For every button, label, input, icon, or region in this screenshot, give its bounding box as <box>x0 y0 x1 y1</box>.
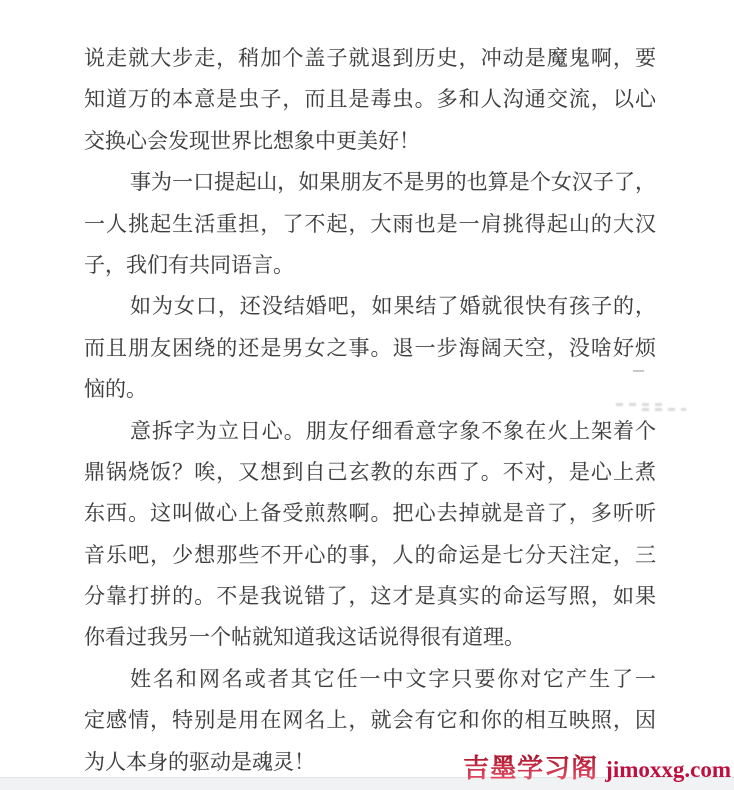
text-line: 事为一口提起山，如果朋友不是男的也算是个女汉子了， <box>84 162 656 203</box>
watermark-site-url: jimoxxg.com <box>605 757 731 783</box>
text-line: 分靠打拼的。不是我说错了，这才是真实的命运写照，如果 <box>84 576 656 617</box>
smudge-mark <box>616 403 662 406</box>
faint-watermark-smudge <box>612 402 688 413</box>
text-line: 音乐吧，少想那些不开心的事，人的命运是七分天注定，三 <box>84 535 656 576</box>
text-line: 而且朋友困绕的还是男女之事。退一步海阔天空，没啥好烦 <box>84 328 656 369</box>
text-line: 定感情，特别是用在网名上，就会有它和你的相互映照，因 <box>84 700 656 741</box>
text-line: 你看过我另一个帖就知道我这话说得很有道理。 <box>84 617 656 658</box>
scan-artifact-dash <box>633 370 644 372</box>
watermark-site-name: 吉墨学习阁 <box>463 748 598 785</box>
text-line: 鼎锅烧饭？唉，又想到自己玄教的东西了。不对，是心上煮 <box>84 452 656 493</box>
text-line: 姓名和网名或者其它任一中文字只要你对它产生了一 <box>84 659 656 700</box>
text-line: 子，我们有共同语言。 <box>84 245 656 286</box>
text-line: 如为女口，还没结婚吧，如果结了婚就很快有孩子的， <box>84 286 656 327</box>
text-line: 东西。这叫做心上备受煎熬啊。把心去掉就是音了，多听听 <box>84 493 656 534</box>
body-text: 说走就大步走，稍加个盖子就退到历史，冲动是魔鬼啊，要 知道万的本意是虫子，而且是… <box>84 38 656 783</box>
text-line: 知道万的本意是虫子，而且是毒虫。多和人沟通交流，以心 <box>84 79 656 120</box>
site-watermark: 吉墨学习阁 jimoxxg.com <box>463 748 731 785</box>
document-page: 说走就大步走，稍加个盖子就退到历史，冲动是魔鬼啊，要 知道万的本意是虫子，而且是… <box>0 0 734 790</box>
smudge-mark <box>642 408 686 411</box>
text-line: 一人挑起生活重担，了不起，大雨也是一肩挑得起山的大汉 <box>84 204 656 245</box>
text-line: 说走就大步走，稍加个盖子就退到历史，冲动是魔鬼啊，要 <box>84 38 656 79</box>
text-line: 意拆字为立日心。朋友仔细看意字象不象在火上架着个 <box>84 411 656 452</box>
text-line: 恼的。 <box>84 369 656 410</box>
text-line: 交换心会发现世界比想象中更美好！ <box>84 121 656 162</box>
